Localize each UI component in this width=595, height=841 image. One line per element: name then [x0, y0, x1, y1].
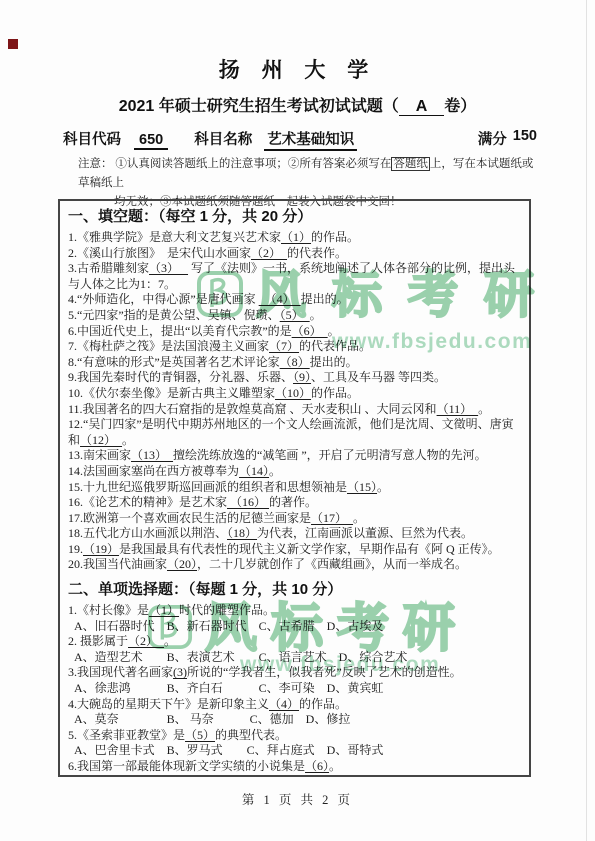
section2-heading: 二、单项选择题：（每题 1 分，共 10 分） [68, 579, 521, 601]
choice-question-stem: 2. 摄影属于（2） 。 [68, 634, 521, 650]
choice-question-options: A、造型艺术 B、表演艺术 C、语言艺术 D、综合艺术 [68, 650, 521, 666]
fill-blank-question: 19.（19）是我国最具有代表性的现代主义新文学作家，早期作品有《阿 Q 正传》… [68, 542, 521, 558]
choice-question-options: A、莫奈 B、 马奈 C、德加 D、修拉 [68, 712, 521, 728]
page-footer: 第 1 页 共 2 页 [0, 790, 595, 808]
fill-blank-question: 12.“吴门四家”是明代中期苏州地区的一个文人绘画流派，他们是沈周、文徵明、唐寅… [68, 417, 521, 448]
scan-edge-line [586, 0, 587, 841]
choice-question-options: A、徐悲鸿 B、齐白石 C、李可染 D、黄宾虹 [68, 681, 521, 697]
fill-blank-question: 20.我国当代油画家（20），二十几岁就创作了《西藏组画》，从而一举成名。 [68, 557, 521, 573]
choice-question-stem: 6.我国第一部最能体现新文学实绩的小说集是（6）。 [68, 759, 521, 775]
school-name: 扬 州 大 学 [0, 54, 595, 84]
red-stamp-mark [8, 39, 18, 49]
notice-boxed-term: 答题纸 [391, 157, 430, 171]
fill-blank-question: 4.“外师造化，中得心源”是唐代画家 （4） 提出的。 [68, 292, 521, 308]
full-score: 满分150 [478, 128, 537, 149]
subject-row: 科目代码 650 科目名称 艺术基础知识 满分150 [63, 128, 537, 151]
choice-question-stem: 4.大碗岛的星期天下午》是新印象主义（4）的作品。 [68, 697, 521, 713]
fill-blank-question: 14.法国画家塞尚在西方被尊奉为（14）。 [68, 464, 521, 480]
full-score-value: 150 [513, 128, 537, 149]
notice-line1-before: 注意： ①认真阅读答题纸上的注意事项；②所有答案必须写在 [78, 158, 391, 170]
fill-blank-question: 15.十九世纪巡俄罗斯巡回画派的组织者和思想领袖是（15）。 [68, 480, 521, 496]
choice-question-stem: 1.《村长像》是（1）时代的雕塑作品。 [68, 603, 521, 619]
exam-title: 2021 年硕士研究生招生考试初试试题（A卷） [0, 93, 595, 116]
choice-question-stem: 3.我国现代著名画家(3)所说的“学我者生，似我者死”反映了艺术的创造性。 [68, 665, 521, 681]
exam-title-prefix: 2021 年硕士研究生招生考试初试试题（ [119, 98, 399, 115]
subject-code-label: 科目代码 [63, 128, 121, 149]
exam-title-suffix: 卷） [444, 98, 476, 115]
full-score-label: 满分 [478, 128, 507, 149]
choice-question-options: A、巴舍里卡式 B、罗马式 C、拜占庭式 D、哥特式 [68, 743, 521, 759]
fill-blank-question: 10.《伏尔泰坐像》是新古典主义雕塑家（10）的作品。 [68, 386, 521, 402]
subject-name-label: 科目名称 [194, 128, 252, 149]
fill-blank-question: 8.“有意味的形式”是英国著名艺术评论家（8）提出的。 [68, 355, 521, 371]
fill-blank-question: 6.中国近代史上，提出“以美育代宗教”的是（6） 。 [68, 324, 521, 340]
choice-question-options: A、旧石器时代 B、新石器时代 C、古希腊 D、古埃及 [68, 619, 521, 635]
fill-blank-question: 11.我国著名的四大石窟指的是敦煌莫高窟 、天水麦积山 、大同云冈和（11） 。 [68, 402, 521, 418]
fill-blank-question: 13.南宋画家（13） 擅绘洗练放逸的“减笔画 ”，开启了元明清写意人物的先河。 [68, 448, 521, 464]
subject-name-value: 艺术基础知识 [264, 128, 357, 151]
fill-blank-question: 9.我国先秦时代的青铜器，分礼器、乐器、（9）、工具及车马器 等四类。 [68, 370, 521, 386]
fill-blank-question: 5.“元四家”指的是黄公望、吴镇、倪瓒、（5） 。 [68, 308, 521, 324]
subject-code-value: 650 [134, 132, 168, 150]
fill-blank-question: 3.古希腊雕刻家（3） 写了《法则》一书，系统地阐述了人体各部分的比例，提出头与… [68, 261, 521, 292]
fill-blank-question: 16.《论艺术的精神》是艺术家 （16） 的著作。 [68, 495, 521, 511]
section1-heading: 一、填空题：（每空 1 分，共 20 分） [68, 206, 521, 228]
choice-question-stem: 5.《圣索菲亚教堂》是（5）的典型代表。 [68, 728, 521, 744]
fill-blank-question: 7.《梅杜萨之筏》是法国浪漫主义画家（7）的代表作品。 [68, 339, 521, 355]
fill-blank-question: 17.欧洲第一个喜欢画农民生活的尼德兰画家是（17） 。 [68, 511, 521, 527]
fill-blank-question: 18.五代北方山水画派以荆浩、（18）为代表，江南画派以董源、巨然为代表。 [68, 526, 521, 542]
notice-line-1: 注意： ①认真阅读答题纸上的注意事项；②所有答案必须写在答题纸上，写在本试题纸或… [78, 155, 543, 193]
fill-blank-question: 2.《溪山行旅图》 是宋代山水画家（2） 的代表作。 [68, 246, 521, 262]
fill-blank-question: 1.《雅典学院》是意大利文艺复兴艺术家（1）的作品。 [68, 230, 521, 246]
question-box: 一、填空题：（每空 1 分，共 20 分） 1.《雅典学院》是意大利文艺复兴艺术… [58, 199, 531, 777]
paper-variant: A [399, 98, 445, 116]
